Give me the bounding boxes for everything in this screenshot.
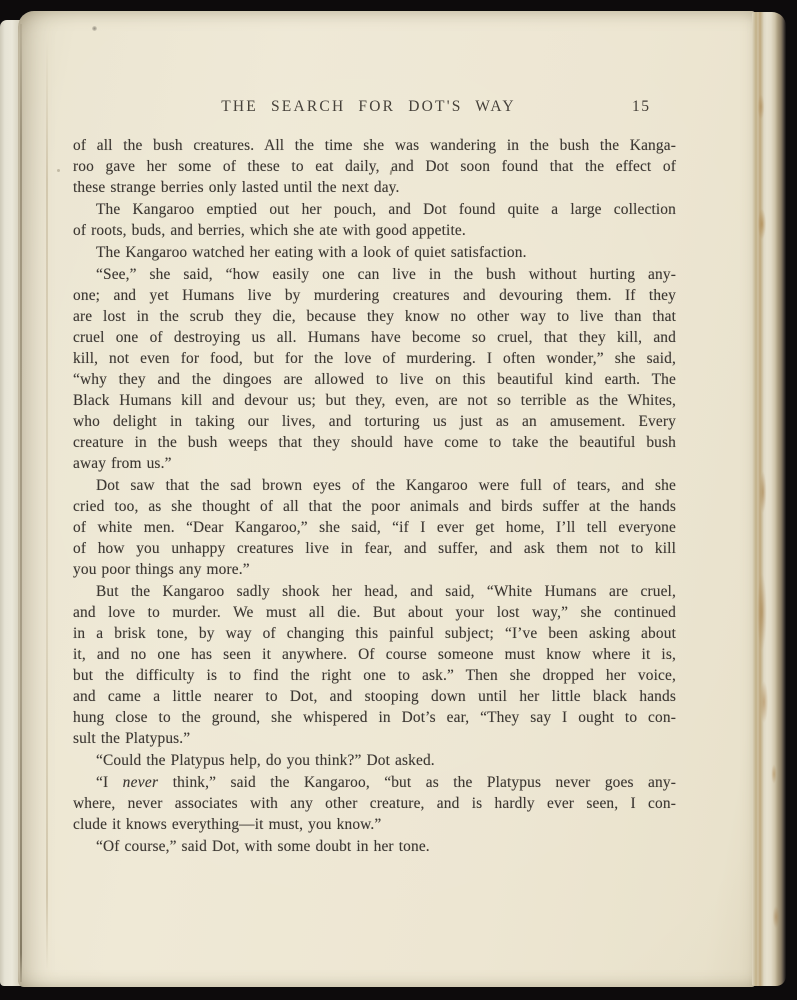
text-line: where, never associates with any other c…: [73, 793, 676, 814]
text-line: and love to murder. We must all die. But…: [73, 602, 676, 623]
body-text: of all the bush creatures. All the time …: [73, 135, 676, 857]
text-line: of all the bush creatures. All the time …: [73, 135, 676, 156]
text-line: “Of course,” said Dot, with some doubt i…: [73, 836, 676, 857]
right-page-edge-stack: [752, 12, 786, 986]
text-line: one; and yet Humans live by murdering cr…: [73, 285, 676, 306]
text-line: are lost in the scrub they die, because …: [73, 306, 676, 327]
text-line: you poor things any more.”: [73, 559, 676, 580]
text-line: Black Humans kill and devour us; but the…: [73, 390, 676, 411]
scanned-book-photo: THE SEARCH FOR DOT'S WAY 15 of all the b…: [0, 0, 797, 1000]
text-line: of white men. “Dear Kangaroo,” she said,…: [73, 517, 676, 538]
text-line: sult the Platypus.”: [73, 728, 676, 749]
paragraph: The Kangaroo emptied out her pouch, and …: [73, 199, 676, 241]
text-line: The Kangaroo watched her eating with a l…: [73, 242, 676, 263]
text-line: but the difficulty is to find the right …: [73, 665, 676, 686]
text-line: cried too, as she thought of all that th…: [73, 496, 676, 517]
paragraph: Dot saw that the sad brown eyes of the K…: [73, 475, 676, 580]
text-line: clude it knows everything—it must, you k…: [73, 814, 676, 835]
text-line: and came a little nearer to Dot, and sto…: [73, 686, 676, 707]
book-page: THE SEARCH FOR DOT'S WAY 15 of all the b…: [18, 11, 755, 987]
binding-crease-faint: [46, 40, 48, 970]
paragraph: “See,” she said, “how easily one can liv…: [73, 264, 676, 474]
text-line: kill, not even for food, but for the lov…: [73, 348, 676, 369]
text-line: “why they and the dingoes are allowed to…: [73, 369, 676, 390]
text-line: But the Kangaroo sadly shook her head, a…: [73, 581, 676, 602]
text-line: away from us.”: [73, 453, 676, 474]
text-line: creature in the bush weeps that they sho…: [73, 432, 676, 453]
text-line: “I never think,” said the Kangaroo, “but…: [73, 772, 676, 793]
text-line: it, and no one has seen it anywhere. Of …: [73, 644, 676, 665]
page-header: THE SEARCH FOR DOT'S WAY 15: [18, 98, 755, 122]
paragraph: But the Kangaroo sadly shook her head, a…: [73, 581, 676, 749]
text-line: who delight in taking our lives, and tor…: [73, 411, 676, 432]
paper-speck: [92, 26, 97, 31]
paragraph: “Of course,” said Dot, with some doubt i…: [73, 836, 676, 857]
text-line: cruel one of destroying us all. Humans h…: [73, 327, 676, 348]
text-line: “Could the Platypus help, do you think?”…: [73, 750, 676, 771]
text-line: roo gave her some of these to eat daily,…: [73, 156, 676, 177]
paragraph: of all the bush creatures. All the time …: [73, 135, 676, 198]
paragraph: “I never think,” said the Kangaroo, “but…: [73, 772, 676, 835]
text-line: hung close to the ground, she whispered …: [73, 707, 676, 728]
text-line: these strange berries only lasted until …: [73, 177, 676, 198]
paragraph: The Kangaroo watched her eating with a l…: [73, 242, 676, 263]
gutter-crease-line: [20, 24, 22, 982]
text-line: The Kangaroo emptied out her pouch, and …: [73, 199, 676, 220]
folio-page-number: 15: [632, 98, 651, 116]
text-line: of how you unhappy creatures live in fea…: [73, 538, 676, 559]
text-line: of roots, buds, and berries, which she a…: [73, 220, 676, 241]
paper-speck: [57, 169, 60, 172]
text-line: “See,” she said, “how easily one can liv…: [73, 264, 676, 285]
text-line: in a brisk tone, by way of changing this…: [73, 623, 676, 644]
text-line: Dot saw that the sad brown eyes of the K…: [73, 475, 676, 496]
paragraph: “Could the Platypus help, do you think?”…: [73, 750, 676, 771]
